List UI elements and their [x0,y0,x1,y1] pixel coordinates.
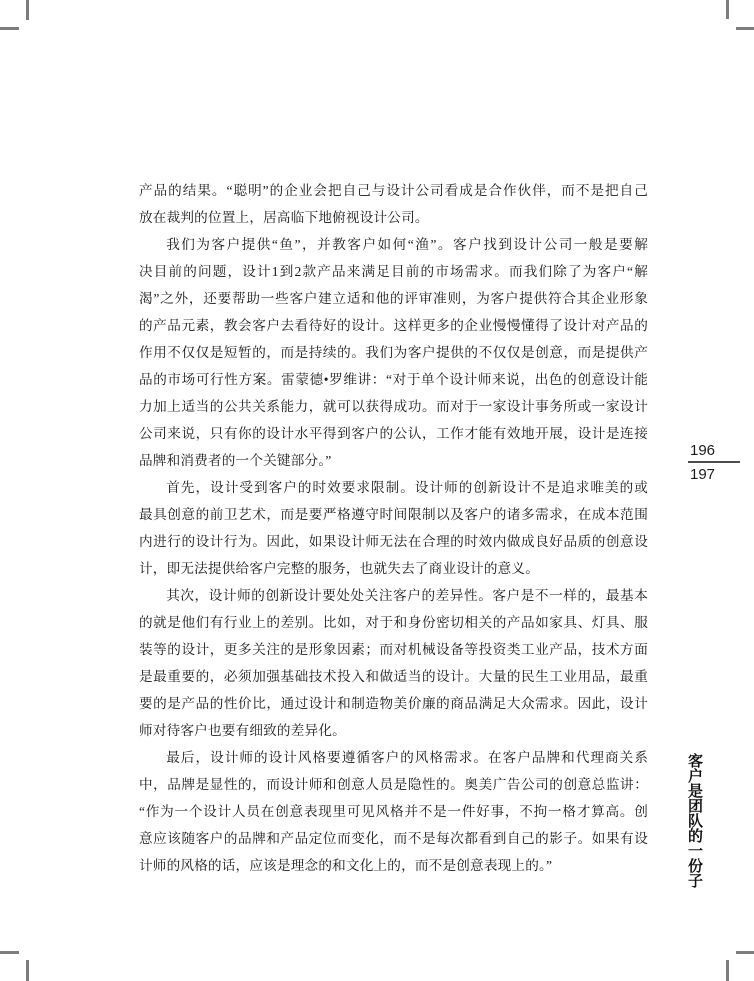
crop-mark-top-right-horizontal [736,27,754,30]
text-line: 公司来说，只有你的设计水平得到客户的公认，工作才能有效地开展，设计是连接 [139,420,648,447]
text-line: 力加上适当的公共关系能力，就可以获得成功。而对于一家设计事务所或一家设计 [139,393,648,420]
text-line: 是最重要的，必须加强基础技术投入和做适当的设计。大量的民生工业用品，最重 [139,663,648,690]
crop-mark-top-left-horizontal [0,27,19,30]
text-line: 品牌和消费者的一个关键部分。” [139,447,648,474]
text-line: 要的是产品的性价比，通过设计和制造物美价廉的商品满足大众需求。因此，设计 [139,690,648,717]
crop-mark-bottom-left-horizontal [0,951,19,954]
text-line: 意应该随客户的品牌和产品定位而变化，而不是每次都看到自己的影子。如果有设 [139,825,648,852]
text-line: 作用不仅仅是短暂的，而是持续的。我们为客户提供的不仅仅是创意，而是提供产 [139,339,648,366]
crop-mark-top-left-vertical [26,0,29,20]
text-line: 计师的风格的话，应该是理念的和文化上的，而不是创意表现上的。” [139,852,648,879]
page-number-top: 196 [688,441,740,460]
body-text: 产品的结果。“聪明”的企业会把自己与设计公司看成是合作伙伴，而不是把自己放在裁判… [139,177,648,879]
text-line: 的产品元素，教会客户去看待好的设计。这样更多的企业慢慢懂得了设计对产品的 [139,312,648,339]
page-number-divider [688,461,740,463]
text-line: “作为一个设计人员在创意表现里可见风格并不是一件好事，不拘一格才算高。创 [139,798,648,825]
page-number-bottom: 197 [688,465,740,484]
text-line: 其次，设计师的创新设计要处处关注客户的差异性。客户是不一样的，最基本 [139,582,648,609]
text-line: 师对待客户也要有细致的差异化。 [139,717,648,744]
text-line: 品的市场可行性方案。雷蒙德•罗维讲：“对于单个设计师来说，出色的创意设计能 [139,366,648,393]
book-page: 产品的结果。“聪明”的企业会把自己与设计公司看成是合作伙伴，而不是把自己放在裁判… [0,0,754,981]
text-line: 决目前的问题，设计1到2款产品来满足目前的市场需求。而我们除了为客户“解 [139,258,648,285]
text-line: 产品的结果。“聪明”的企业会把自己与设计公司看成是合作伙伴，而不是把自己 [139,177,648,204]
text-line: 最具创意的前卫艺术，而是要严格遵守时间限制以及客户的诸多需求，在成本范围 [139,501,648,528]
text-line: 装等的设计，更多关注的是形象因素；而对机械设备等投资类工业产品，技术方面 [139,636,648,663]
text-line: 中，品牌是显性的，而设计师和创意人员是隐性的。奥美广告公司的创意总监讲： [139,771,648,798]
text-line: 首先，设计受到客户的时效要求限制。设计师的创新设计不是追求唯美的或 [139,474,648,501]
text-line: 计，即无法提供给客户完整的服务，也就失去了商业设计的意义。 [139,555,648,582]
crop-mark-top-right-vertical [726,0,729,19]
text-line: 最后，设计师的设计风格要遵循客户的风格需求。在客户品牌和代理商关系 [139,744,648,771]
text-line: 我们为客户提供“鱼”，并教客户如何“渔”。客户找到设计公司一般是要解 [139,231,648,258]
text-line: 的就是他们有行业上的差别。比如，对于和身份密切相关的产品如家具、灯具、服 [139,609,648,636]
text-line: 放在裁判的位置上，居高临下地俯视设计公司。 [139,204,648,231]
page-number-block: 196 197 [688,441,740,484]
crop-mark-bottom-right-vertical [726,960,729,981]
crop-mark-bottom-right-horizontal [736,951,754,954]
crop-mark-bottom-left-vertical [26,960,29,981]
chapter-title-vertical: 客户是团队的一份子 [684,753,705,903]
text-line: 内进行的设计行为。因此，如果设计师无法在合理的时效内做成良好品质的创意设 [139,528,648,555]
text-line: 渴”之外，还要帮助一些客户建立适和他的评审准则，为客户提供符合其企业形象 [139,285,648,312]
